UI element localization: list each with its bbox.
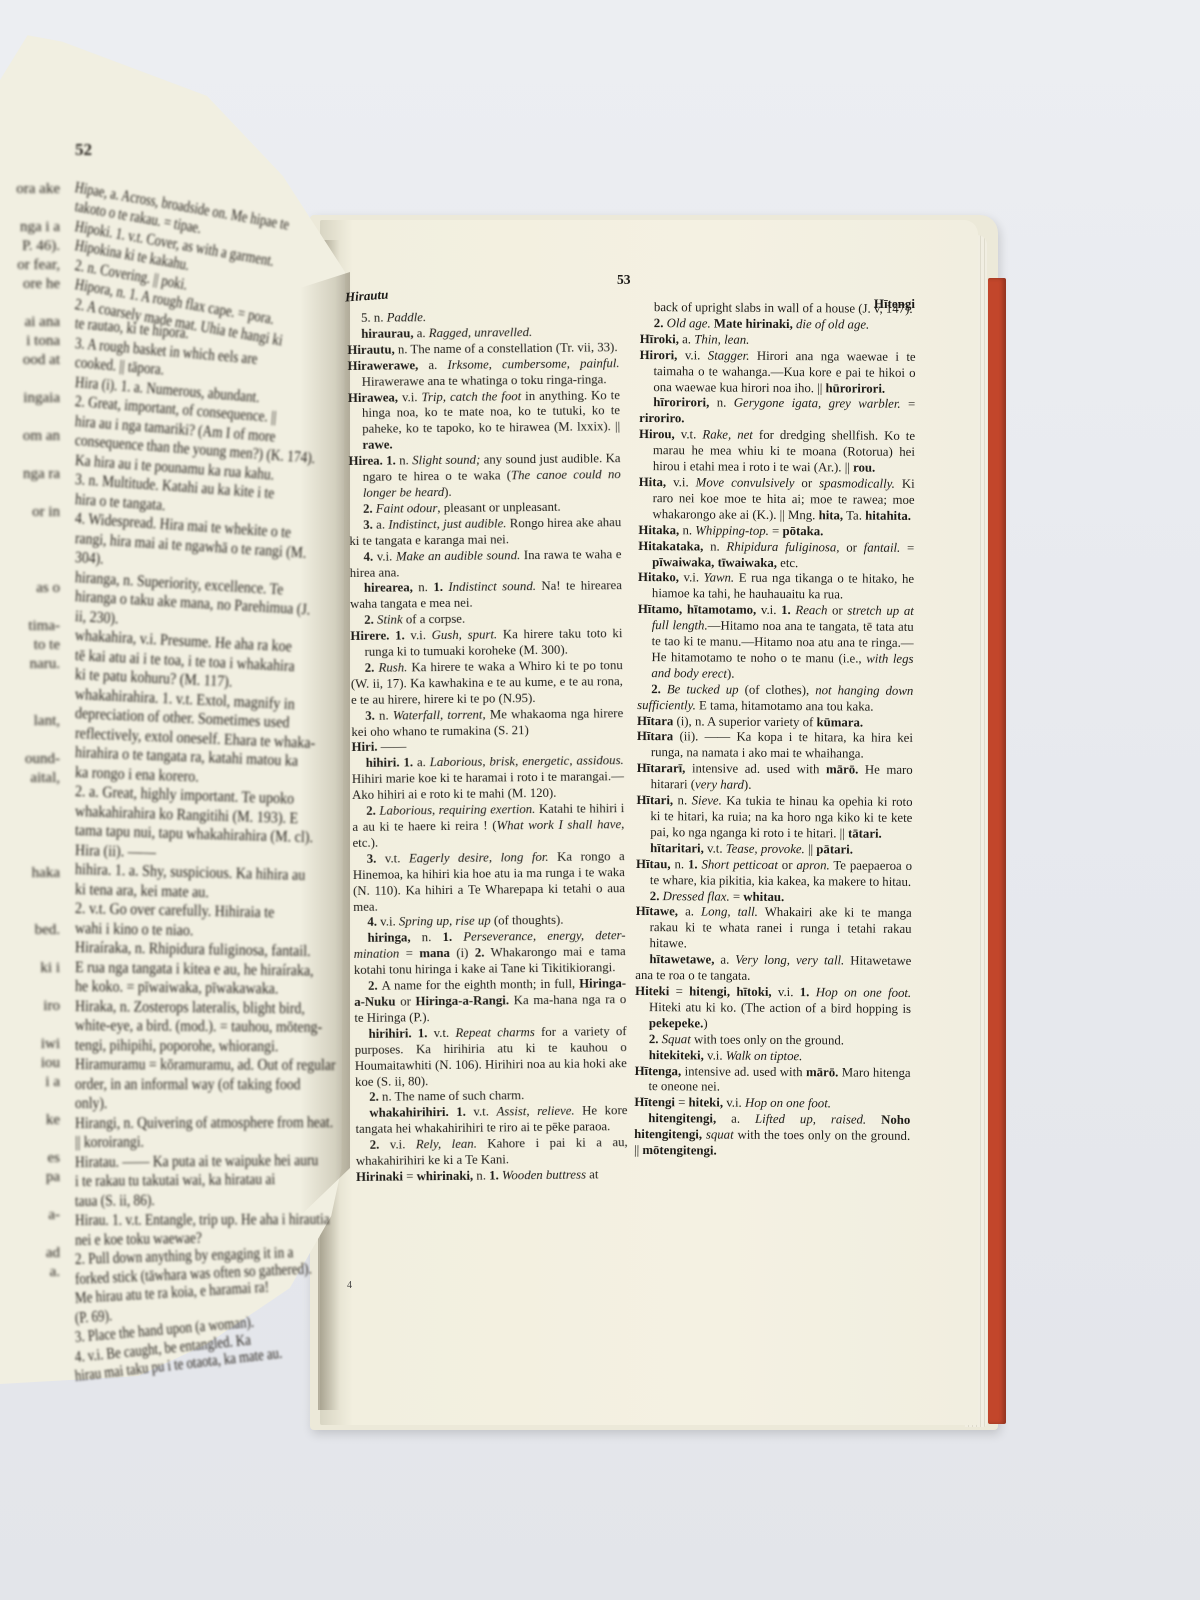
headword: 1. — [489, 1168, 499, 1182]
headword: mārō. — [806, 1065, 838, 1079]
headword: Hitakataka, — [638, 539, 703, 553]
headword: Hītararī, — [637, 761, 686, 775]
headword: 4. — [363, 549, 376, 563]
definition-italic: Hop on one foot. — [816, 985, 912, 1000]
entry-text: v.t. — [704, 841, 726, 855]
headword: hita, — [819, 508, 844, 522]
headword: hitengitengi, — [648, 1111, 716, 1125]
left-page-lines: Hipae, a. Across, broadside on. Me hipae… — [75, 178, 340, 1387]
headword: pīwaiwaka, tīwaiwaka, — [652, 555, 777, 570]
headword: whirinaki, — [417, 1169, 474, 1184]
headword: 2. — [370, 1138, 390, 1152]
headword: 3. — [365, 708, 379, 722]
left-edge-fragment — [0, 1225, 60, 1244]
dictionary-entry: 2. Old age. Mate hirinaki, die of old ag… — [640, 316, 916, 334]
entry-text: a. — [679, 332, 694, 346]
entry-text: = — [675, 1096, 689, 1110]
entry-text: (ii). —— Ka kopa i te hitara, ka hira ke… — [651, 730, 913, 761]
left-page-line: order, in an informal way (of taking foo… — [75, 1075, 303, 1095]
entry-text: v.t. — [427, 1026, 455, 1040]
dictionary-entry: 3. v.t. Eagerly desire, long for. Ka ron… — [353, 849, 626, 915]
headword: Hita, — [639, 475, 666, 489]
left-page-edge-fragments: ora ake nga i aP. 46).or fear,ore he ai … — [0, 180, 60, 1282]
headword: 1. — [442, 930, 452, 944]
headword: pekepeke. — [649, 1016, 703, 1030]
definition-italic: Waterfall, torrent, — [393, 707, 486, 722]
entry-text: a. — [678, 905, 701, 919]
entry-text: n. — [679, 523, 695, 537]
headword: Hirere. — [350, 629, 389, 643]
left-edge-fragment: P. 46). — [0, 237, 60, 256]
headword: riroriro. — [639, 411, 684, 425]
entry-text: A name for the eighth month; in full, — [382, 977, 580, 993]
headword: 4. — [367, 915, 380, 929]
dictionary-column-left: 5. n. Paddle.hiraurau, a. Ragged, unrave… — [347, 308, 628, 1186]
headword: 2. — [363, 502, 376, 516]
headword: 1. — [418, 1026, 428, 1040]
entry-text: n. The name of a constellation (Tr. vii,… — [395, 340, 618, 356]
entry-text: n. — [396, 453, 413, 467]
entry-text: a. — [716, 1112, 755, 1126]
dictionary-entry: Hitako, v.i. Yawn. E rua nga tikanga o t… — [638, 570, 914, 604]
entry-text: v.i. — [405, 628, 432, 642]
dictionary-entry: hirearea, n. 1. Indistinct sound. Na! te… — [350, 579, 622, 614]
left-edge-fragment — [0, 1092, 60, 1111]
headword: hītawetawe, — [649, 952, 714, 966]
definition-italic: Long, tall. — [701, 905, 758, 919]
definition-italic: fantail. — [864, 540, 901, 554]
entry-text: v.i. — [380, 915, 399, 929]
left-edge-fragment: lant, — [0, 712, 60, 731]
left-page-line: i te rakau tu takutai wai, ka hiratau ai — [75, 1170, 298, 1192]
left-edge-fragment — [0, 522, 60, 541]
definition-italic: Lifted up, raised. — [755, 1112, 866, 1127]
headword: hitahita. — [865, 508, 911, 522]
entry-text: v.i. — [679, 571, 704, 585]
left-edge-fragment: ki i — [0, 959, 60, 978]
dictionary-entry: Hirinaki = whirinaki, n. 1. Wooden buttr… — [356, 1167, 628, 1186]
definition-italic: Make an audible sound. — [396, 548, 520, 563]
entry-text: or — [395, 994, 415, 1008]
left-edge-fragment: ke — [0, 1111, 60, 1130]
entry-text: n. — [411, 930, 443, 944]
definition-italic: Rely, lean. — [416, 1137, 477, 1152]
left-edge-fragment — [0, 978, 60, 997]
entry-text: = — [901, 397, 916, 411]
dictionary-entry: Hirou, v.t. Rake, net for dredging shell… — [639, 427, 915, 477]
left-edge-fragment: a. — [0, 1263, 60, 1282]
headword: 2. — [650, 889, 663, 903]
headword: whitau. — [743, 889, 784, 903]
dictionary-entry: whakahirihiri. 1. v.t. Assist, relieve. … — [355, 1103, 627, 1138]
left-edge-fragment: as o — [0, 579, 60, 598]
left-page-line: only). — [75, 1094, 302, 1114]
left-edge-fragment — [0, 693, 60, 712]
entry-text: a. — [714, 953, 735, 967]
left-page-line: Hiramuramu = kōramuramu, ad. Out of regu… — [75, 1055, 304, 1075]
left-page-text: 52 Hipae, a. Across, broadside on. Me hi… — [75, 140, 340, 1387]
entry-text: v.i. — [772, 985, 800, 999]
left-edge-fragment: ound- — [0, 750, 60, 769]
entry-text: intensive ad. used with — [681, 1064, 806, 1079]
headword: hitekiteki, — [649, 1048, 704, 1062]
dictionary-entry: Hirea. 1. n. Slight sound; any sound jus… — [348, 451, 620, 502]
left-edge-fragment: pa — [0, 1168, 60, 1187]
headword: Hītari, — [636, 793, 673, 807]
dictionary-entry: Hītara (i), n. A superior variety of kūm… — [637, 714, 913, 732]
entry-text: n. — [413, 581, 434, 595]
left-edge-fragment: or in — [0, 503, 60, 522]
headword: hirearea, — [364, 581, 413, 596]
headword: 2. — [368, 979, 382, 993]
left-edge-fragment: ingaia — [0, 389, 60, 408]
dictionary-entry: 2. Laborious, requiring exertion. Katahi… — [352, 801, 624, 852]
definition-italic: Squat — [662, 1032, 691, 1046]
definition-italic: Faint odour — [376, 501, 438, 516]
headword: Hirawerawe, — [347, 358, 418, 373]
left-edge-fragment: iou — [0, 1054, 60, 1073]
dictionary-entry: 3. n. Waterfall, torrent, Me whakaoma ng… — [351, 706, 623, 741]
dictionary-entry: back of upright slabs in wall of a house… — [640, 300, 916, 318]
left-edge-fragment — [0, 484, 60, 503]
entry-text: E tama, hitamotamo ana tou kaka. — [696, 698, 874, 713]
definition-italic: Walk on tiptoe. — [726, 1048, 803, 1063]
definition-italic: Sieve. — [692, 793, 722, 807]
left-edge-fragment: ood at — [0, 351, 60, 370]
headword: Hiringa-a-Rangi. — [415, 993, 509, 1008]
headword: Hirori, — [640, 348, 678, 362]
entry-text: or — [794, 476, 819, 490]
definition-italic: Very long, very tall. — [735, 953, 844, 968]
left-edge-fragment: to te — [0, 636, 60, 655]
entry-text: v.i. — [377, 549, 396, 563]
left-edge-fragment — [0, 199, 60, 218]
entry-text: a. — [413, 756, 430, 770]
left-edge-fragment: haka — [0, 864, 60, 883]
definition-italic: Assist, relieve. — [496, 1104, 574, 1119]
dictionary-entry: 2. A name for the eighth month; in full,… — [354, 976, 626, 1027]
entry-text: v.i. — [704, 1048, 726, 1062]
headword: 2. — [364, 613, 377, 627]
left-edge-fragment: es — [0, 1149, 60, 1168]
left-edge-fragment: om an — [0, 427, 60, 446]
headword: hiteki, — [689, 1096, 724, 1110]
entry-text: = — [669, 984, 689, 998]
headword: Hirou, — [639, 427, 675, 441]
definition-italic: Trip, catch the foot — [421, 389, 521, 404]
dictionary-entry: hītawetawe, a. Very long, very tall. Hit… — [635, 952, 911, 986]
definition-italic: Be tucked up — [667, 682, 739, 697]
definition-italic: Indistinct, just audible. — [388, 516, 506, 531]
entry-text: back of upright slabs in wall of a house… — [654, 300, 913, 316]
dictionary-entry: hiringa, n. 1. Perseverance, energy, det… — [353, 928, 625, 979]
entry-text: n. — [673, 793, 692, 807]
dictionary-entry: hihiri. 1. a. Laborious, brisk, energeti… — [352, 754, 624, 805]
entry-text: or — [778, 858, 797, 872]
left-edge-fragment: iwi — [0, 1035, 60, 1054]
headword: Hirautu, — [347, 342, 394, 356]
left-edge-fragment: i tona — [0, 332, 60, 351]
entry-text: or — [827, 604, 847, 618]
left-edge-fragment — [0, 883, 60, 902]
definition-italic: Old age. — [667, 316, 711, 330]
dictionary-entry: 3. a. Indistinct, just audible. Rongo hi… — [349, 515, 621, 550]
headword: 2. — [654, 316, 667, 330]
definition-italic: Repeat charms — [455, 1025, 535, 1040]
headword: 2. — [651, 682, 667, 696]
headword: hūrorirori. — [825, 381, 885, 395]
entry-text: , pleasant or unpleasant. — [437, 500, 560, 515]
definition-italic: apron. — [796, 858, 829, 872]
entry-text: (of clothes), — [739, 682, 816, 697]
headword: Hītamo, hītamotamo, — [638, 602, 757, 617]
entry-text: n. — [703, 539, 726, 553]
entry-text: v.t. — [675, 427, 703, 441]
entry-text: a. — [413, 326, 428, 340]
dictionary-entry: Hītari, n. Sieve. Ka tukia te hinau ka o… — [636, 793, 912, 843]
entry-text: with toes only on the ground. — [691, 1032, 844, 1047]
dictionary-entry: hirihiri. 1. v.t. Repeat charms for a va… — [354, 1024, 627, 1090]
entry-text: n. The name of such charm. — [382, 1089, 524, 1104]
left-edge-fragment — [0, 1016, 60, 1035]
headword: 1. — [781, 603, 791, 617]
left-edge-fragment: bed. — [0, 921, 60, 940]
dictionary-entry: hitengitengi, a. Lifted up, raised. Noho… — [634, 1111, 910, 1161]
left-page-line: white-eye, a bird. (mod.). = tauhou, mōt… — [75, 1016, 305, 1037]
headword: Hirinaki — [356, 1169, 403, 1183]
entry-text: n. — [671, 857, 689, 871]
dictionary-entry: Hita, v.i. Move convulsively or spasmodi… — [638, 475, 914, 525]
dictionary-entry: hītaritari, v.t. Tease, provoke. || pāta… — [636, 841, 912, 859]
left-edge-fragment: nga i a — [0, 218, 60, 237]
entry-text: = — [769, 524, 783, 538]
definition-italic: Whipping-top. — [695, 523, 769, 538]
headword: Hītengi — [634, 1095, 675, 1109]
headword: rawe. — [362, 438, 392, 452]
definition-italic: Rhipidura fuliginosa, — [726, 539, 839, 554]
headword: Hīroki, — [640, 332, 679, 346]
definition-italic: Hop on one foot. — [745, 1096, 831, 1111]
entry-text — [866, 1113, 881, 1127]
definition-italic: Laborious, requiring exertion. — [379, 802, 535, 818]
dictionary-entry: Hitaka, n. Whipping-top. = pōtaka. — [638, 523, 914, 541]
headword: Hitaka, — [638, 523, 679, 537]
left-page-line: tengi, pihipihi, poporohe, whiorangi. — [75, 1036, 304, 1057]
left-edge-fragment: naru. — [0, 655, 60, 674]
dictionary-entry: 2. Dressed flax. = whitau. — [636, 889, 912, 907]
left-page-line: he koko. = pīwaiwaka, pīwakawaka. — [75, 977, 306, 999]
definition-italic: squat — [706, 1128, 734, 1142]
entry-text: —— — [377, 740, 406, 754]
definition-italic: Dressed flax. — [663, 889, 730, 903]
definition-italic: Reach — [795, 603, 827, 617]
left-edge-fragment — [0, 294, 60, 313]
left-edge-fragment: i a — [0, 1073, 60, 1092]
left-edge-fragment: tima- — [0, 617, 60, 636]
headword: 2. — [366, 804, 379, 818]
left-edge-fragment — [0, 1187, 60, 1206]
left-page-line: taua (S. ii, 86). — [75, 1189, 297, 1211]
entry-text: (i), n. A superior variety of — [673, 714, 816, 729]
left-page-line: Hiraka, n. Zosterops lateralis, blight b… — [75, 997, 306, 1019]
entry-text: ). — [727, 666, 735, 680]
entry-text: n. — [709, 396, 734, 410]
entry-text: = — [399, 947, 419, 961]
headword: 2. — [365, 661, 379, 675]
left-edge-fragment: ad — [0, 1244, 60, 1263]
definition-italic: Spring up, rise up — [399, 914, 491, 929]
definition-italic: Tease, provoke. — [726, 841, 805, 856]
entry-text: at — [586, 1167, 599, 1181]
headword: hiringa, — [367, 931, 410, 945]
left-edge-fragment — [0, 826, 60, 845]
headword: 2. — [369, 1090, 382, 1104]
definition-italic: Gush, spurt. — [432, 628, 498, 643]
definition-italic: Paddle. — [387, 310, 427, 324]
entry-text: ). — [744, 778, 752, 792]
dictionary-entry: 2. Rush. Ka hirere te waka a Whiro ki te… — [351, 658, 623, 709]
entry-text: n. — [379, 708, 393, 722]
left-edge-fragment — [0, 674, 60, 693]
definition-italic: very hard — [695, 778, 744, 792]
left-edge-fragment — [0, 408, 60, 427]
entry-text: Ta. — [843, 508, 865, 522]
headword: kūmara. — [816, 715, 863, 729]
definition-italic: Move convulsively — [696, 475, 795, 490]
dictionary-entry: Hītau, n. 1. Short petticoat or apron. T… — [636, 857, 912, 891]
entry-text: v.t. — [385, 851, 409, 865]
headword: rou. — [853, 461, 875, 475]
entry-text — [452, 930, 463, 944]
headword: 1. — [433, 580, 443, 594]
left-edge-fragment — [0, 788, 60, 807]
entry-text: v.i. — [398, 390, 422, 404]
dictionary-column-right: back of upright slabs in wall of a house… — [634, 300, 916, 1161]
dictionary-entry: 2. v.i. Rely, lean. Kahore i pai ki a au… — [356, 1135, 628, 1170]
definition-italic: Stagger. — [708, 348, 750, 362]
definition-italic: Indistinct sound. — [448, 579, 536, 594]
headword: 1. — [386, 454, 396, 468]
definition-italic: What work I shall have — [496, 817, 621, 832]
headword: Hītara — [637, 714, 673, 728]
left-page-line: || koroirangi. — [75, 1132, 300, 1153]
headword: 1. — [403, 756, 413, 770]
headword: hītaritari, — [650, 841, 704, 855]
headword: pōtaka. — [782, 524, 823, 538]
entry-text — [449, 1105, 457, 1119]
left-edge-fragment — [0, 940, 60, 959]
left-edge-fragment: ora ake — [0, 180, 60, 199]
definition-italic: Wooden buttress — [502, 1167, 586, 1182]
dictionary-entry: Hirori, v.i. Stagger. Hirori ana nga wae… — [639, 348, 915, 398]
definition-italic: Slight sound; — [412, 453, 480, 468]
left-edge-fragment — [0, 1130, 60, 1149]
entry-text: ) — [703, 1016, 707, 1030]
headword: mana — [419, 946, 450, 960]
definition-italic: Gerygone igata, grey warbler. — [734, 396, 901, 411]
right-page-number: 53 — [617, 272, 631, 288]
headword: Hītau, — [636, 857, 671, 871]
entry-text: = — [900, 540, 914, 554]
left-edge-fragment: or fear, — [0, 256, 60, 275]
headword: tātari. — [848, 826, 882, 840]
headword: hīrorirori, — [653, 396, 709, 410]
left-edge-fragment — [0, 731, 60, 750]
headword: hitengi, hītoki, — [689, 984, 772, 999]
entry-text: || — [805, 842, 817, 856]
dictionary-entry: Hītengi = hiteki, v.i. Hop on one foot. — [634, 1095, 910, 1113]
left-edge-fragment — [0, 560, 60, 579]
entry-text: a. — [376, 517, 388, 531]
left-edge-fragment: nga ra — [0, 465, 60, 484]
entry-text: ). — [444, 485, 452, 499]
entry-text: v.i. — [723, 1096, 745, 1110]
definition-italic: Eagerly desire, long for. — [409, 850, 549, 865]
left-edge-fragment — [0, 845, 60, 864]
entry-text: v.i. — [756, 603, 781, 617]
entry-text: v.i. — [677, 348, 708, 362]
left-edge-fragment — [0, 446, 60, 465]
left-edge-fragment — [0, 902, 60, 921]
headword: Mate hirinaki, — [714, 316, 793, 331]
headword: Hītenga, — [635, 1063, 682, 1077]
entry-text: a. — [418, 358, 447, 372]
headword: 3. — [363, 517, 376, 531]
headword: Hirea. — [348, 454, 382, 468]
entry-text: Hiteki atu ki ko. (The action of a bird … — [649, 1000, 911, 1016]
dictionary-entry: 4. v.i. Make an audible sound. Ina rawa … — [349, 547, 621, 582]
dictionary-entry: Hītenga, intensive ad. used with mārō. M… — [634, 1063, 910, 1097]
left-page-line: Hiratau. —— Ka puta ai te waipuke hei au… — [75, 1151, 299, 1172]
entry-text: etc. — [777, 555, 798, 569]
entry-text: 5. n. — [361, 311, 387, 325]
dictionary-entry: Hirawerawe, a. Irksome, cumbersome, pain… — [347, 356, 619, 391]
left-edge-fragment: aital, — [0, 769, 60, 788]
definition-italic: Rake, net — [702, 428, 753, 442]
dictionary-entry: Hītawe, a. Long, tall. Whakairi ake ki t… — [635, 904, 911, 954]
dictionary-entry: Hitakataka, n. Rhipidura fuliginosa, or … — [638, 539, 914, 573]
entry-text: intensive ad. used with — [685, 762, 826, 777]
entry-text: of a corpse. — [403, 612, 466, 627]
headword: Hītawe, — [636, 904, 678, 918]
left-edge-fragment — [0, 370, 60, 389]
left-edge-fragment: iro — [0, 997, 60, 1016]
headword: Hitako, — [638, 570, 679, 584]
dictionary-entry: Hirawea, v.i. Trip, catch the foot in an… — [348, 388, 621, 454]
definition-italic: Yawn. — [704, 571, 735, 585]
left-edge-fragment: a- — [0, 1206, 60, 1225]
left-edge-fragment — [0, 541, 60, 560]
definition-italic: die of old age. — [796, 317, 869, 332]
definition-italic: Ragged, unravelled. — [429, 325, 533, 340]
entry-text: Hihiri marie koe ki te haramai i roto i … — [352, 769, 624, 802]
guide-word-left: Hirautu — [344, 287, 388, 306]
headword: 1. — [395, 629, 405, 643]
definition-italic: Laborious, brisk, energetic, assidous. — [430, 754, 624, 770]
entry-text: v.i. — [390, 1137, 416, 1151]
headword: pātari. — [816, 842, 853, 856]
left-edge-fragment: ai ana — [0, 313, 60, 332]
left-edge-fragment: ore he — [0, 275, 60, 294]
dictionary-entry: hitekiteki, v.i. Walk on tiptoe. — [635, 1048, 911, 1066]
definition-italic: Stink — [377, 613, 403, 627]
headword: hiraurau, — [361, 326, 413, 341]
page-footer-mark: 4 — [347, 1280, 352, 1291]
headword: Hiri. — [351, 740, 377, 754]
headword: 3. — [367, 851, 385, 865]
entry-text: n. — [473, 1168, 489, 1182]
headword: 1. — [800, 985, 810, 999]
